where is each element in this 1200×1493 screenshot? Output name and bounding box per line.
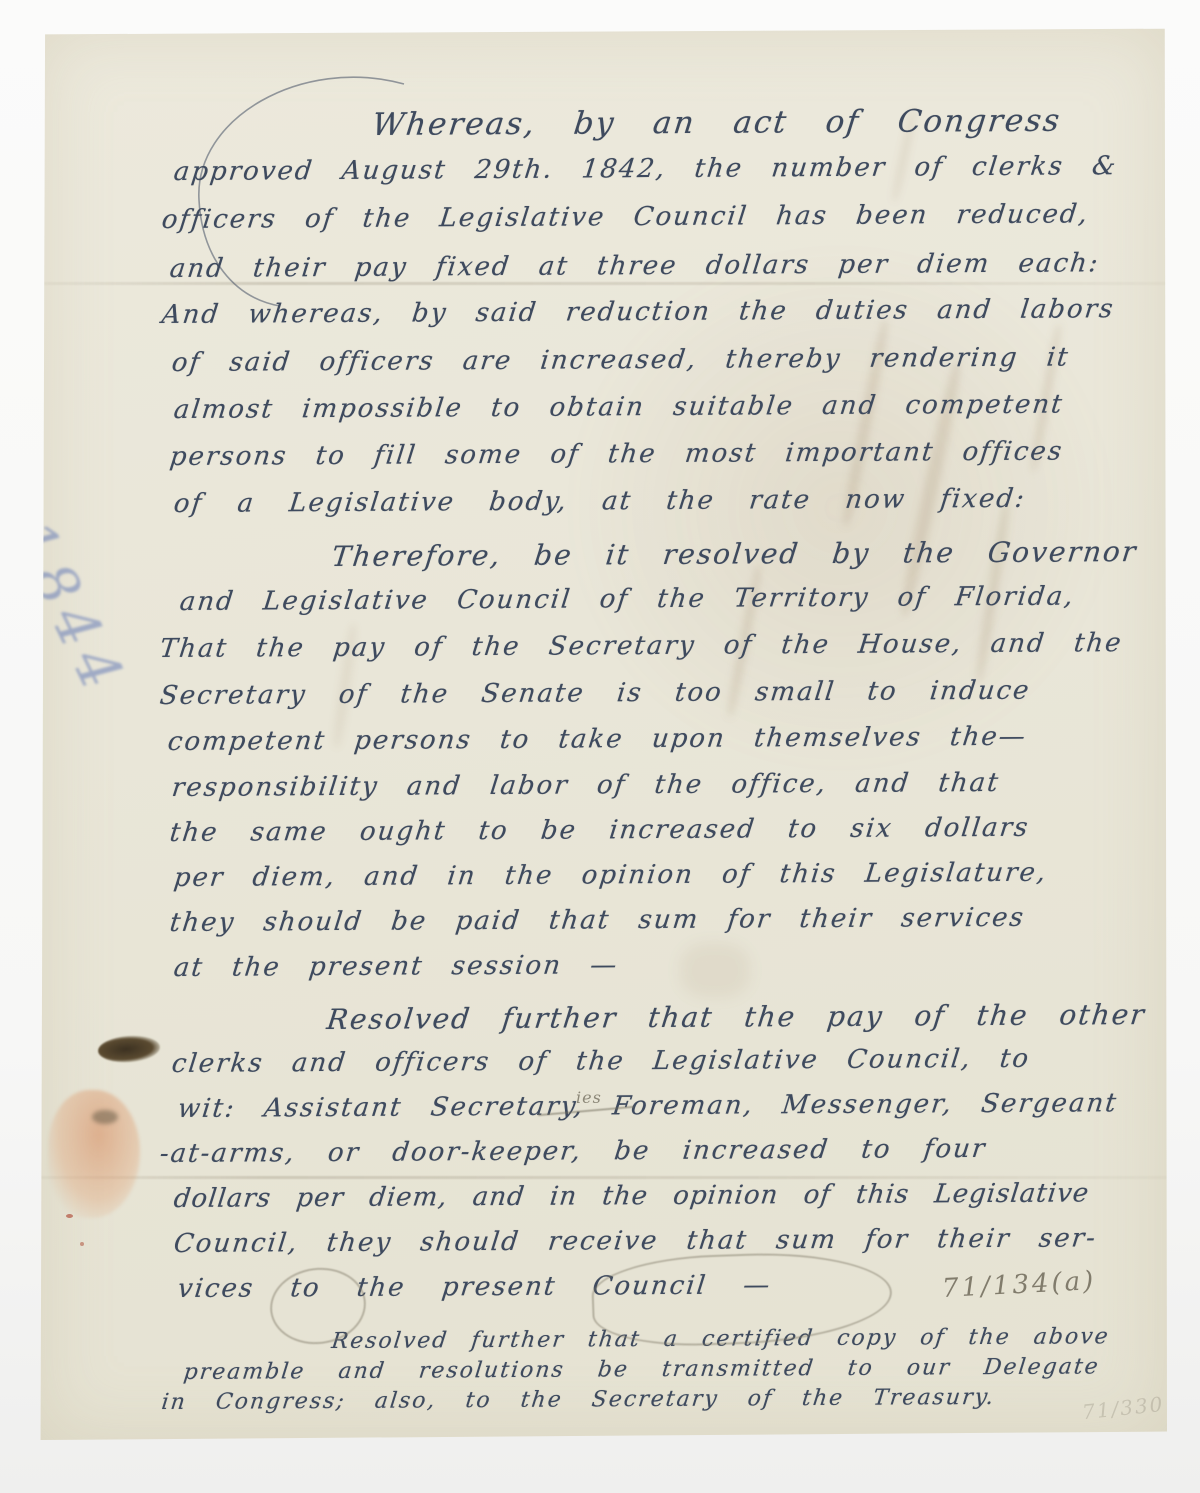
manuscript-line-19: at the present session —: [172, 949, 620, 984]
manuscript-line-10: Therefore, be it resolved by the Governo…: [330, 534, 1139, 574]
manuscript-line-8: persons to fill some of the most importa…: [168, 436, 1065, 474]
manuscript-line-5: And whereas, by said reduction the dutie…: [160, 293, 1116, 331]
manuscript-line-22: wit: Assistant Secretary, Foreman, Messe…: [176, 1087, 1120, 1125]
manuscript-line-14: competent persons to take upon themselve…: [166, 721, 1029, 759]
pencil-reference-number: 71/134(a): [941, 1266, 1097, 1304]
blue-crayon-margin-number: 1844: [0, 510, 140, 708]
manuscript-line-1: Whereas, by an act of Congress: [370, 102, 1063, 145]
manuscript-line-18: they should be paid that sum for their s…: [168, 902, 1027, 940]
manuscript-line-25: Council, they should receive that sum fo…: [172, 1222, 1099, 1260]
manuscript-line-11: and Legislative Council of the Territory…: [178, 581, 1076, 619]
manuscript-line-9: of a Legislative body, at the rate now f…: [172, 483, 1028, 521]
manuscript-line-6: of said officers are increased, thereby …: [170, 342, 1071, 380]
manuscript-line-15: responsibility and labor of the office, …: [170, 767, 1002, 805]
manuscript-line-23: -at-arms, or door-keeper, be increased t…: [158, 1133, 988, 1171]
manuscript-line-21: clerks and officers of the Legislative C…: [170, 1043, 1032, 1081]
manuscript-line-4: and their pay fixed at three dollars per…: [168, 247, 1102, 285]
manuscript-line-3: officers of the Legislative Council has …: [160, 198, 1091, 236]
manuscript-line-13: Secretary of the Senate is too small to …: [158, 675, 1032, 713]
manuscript-line-17: per diem, and in the opinion of this Leg…: [172, 857, 1049, 895]
manuscript-line-20: Resolved further that the pay of the oth…: [325, 997, 1148, 1037]
scanned-document-background: { "document": { "kind": "handwritten-man…: [0, 0, 1200, 1493]
manuscript-page: Whereas, by an act of Congress approved …: [40, 28, 1167, 1440]
manuscript-line-24: dollars per diem, and in the opinion of …: [172, 1177, 1091, 1215]
bleedthrough-smudge: [680, 943, 750, 998]
ink-blot-stain: [97, 1034, 161, 1064]
pencil-insertion-ies: ies: [576, 1088, 602, 1107]
orange-wax-stain: [48, 1090, 140, 1218]
manuscript-line-29: in Congress; also, to the Secretary of t…: [160, 1384, 997, 1417]
manuscript-line-28: preamble and resolutions be transmitted …: [182, 1353, 1101, 1386]
pencil-reference-number-faint: 71/330: [1081, 1392, 1165, 1424]
red-speck: [80, 1242, 84, 1246]
manuscript-line-12: That the pay of the Secretary of the Hou…: [158, 627, 1124, 665]
red-speck: [66, 1214, 73, 1218]
manuscript-line-7: almost impossible to obtain suitable and…: [172, 389, 1065, 427]
stain-dark-core: [92, 1110, 118, 1124]
manuscript-line-16: the same ought to be increased to six do…: [168, 812, 1031, 850]
manuscript-line-2: approved August 29th. 1842, the number o…: [172, 150, 1119, 188]
